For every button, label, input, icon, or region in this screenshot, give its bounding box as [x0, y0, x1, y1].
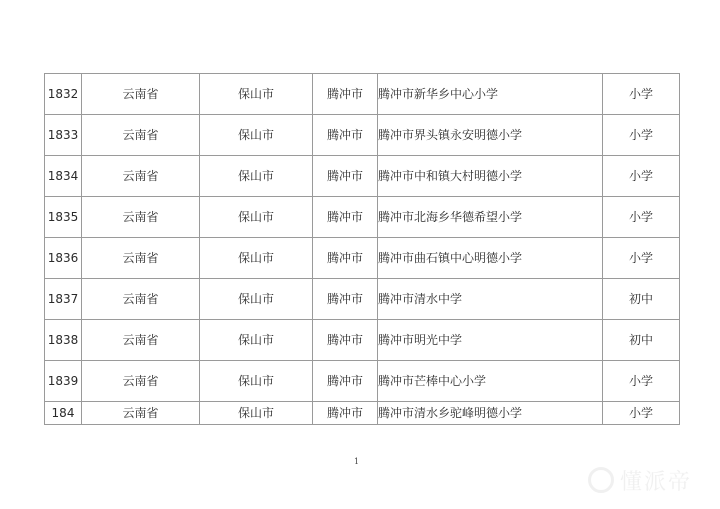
row-index: 184 [45, 402, 82, 425]
county-cell: 腾冲市 [313, 320, 378, 361]
city-cell: 保山市 [200, 361, 313, 402]
city-cell: 保山市 [200, 402, 313, 425]
school-type-cell: 初中 [603, 320, 680, 361]
province-cell: 云南省 [82, 74, 200, 115]
table-row: 184 云南省 保山市 腾冲市 腾冲市清水乡驼峰明德小学 小学 [45, 402, 680, 425]
county-cell: 腾冲市 [313, 238, 378, 279]
school-name-cell: 腾冲市新华乡中心小学 [378, 74, 603, 115]
watermark-circle-icon [588, 467, 614, 493]
document-page: 1832 云南省 保山市 腾冲市 腾冲市新华乡中心小学 小学 1833 云南省 … [0, 0, 720, 509]
table-row: 1836 云南省 保山市 腾冲市 腾冲市曲石镇中心明德小学 小学 [45, 238, 680, 279]
table-row: 1834 云南省 保山市 腾冲市 腾冲市中和镇大村明德小学 小学 [45, 156, 680, 197]
school-type-cell: 小学 [603, 115, 680, 156]
watermark-text: 懂派帝 [620, 465, 692, 496]
school-name-cell: 腾冲市明光中学 [378, 320, 603, 361]
school-type-cell: 初中 [603, 279, 680, 320]
county-cell: 腾冲市 [313, 197, 378, 238]
province-cell: 云南省 [82, 238, 200, 279]
row-index: 1834 [45, 156, 82, 197]
school-name-cell: 腾冲市曲石镇中心明德小学 [378, 238, 603, 279]
province-cell: 云南省 [82, 320, 200, 361]
row-index: 1838 [45, 320, 82, 361]
county-cell: 腾冲市 [313, 115, 378, 156]
row-index: 1836 [45, 238, 82, 279]
school-type-cell: 小学 [603, 197, 680, 238]
county-cell: 腾冲市 [313, 279, 378, 320]
row-index: 1837 [45, 279, 82, 320]
province-cell: 云南省 [82, 402, 200, 425]
county-cell: 腾冲市 [313, 156, 378, 197]
county-cell: 腾冲市 [313, 402, 378, 425]
school-name-cell: 腾冲市北海乡华德希望小学 [378, 197, 603, 238]
watermark-logo: 懂派帝 [588, 465, 714, 495]
county-cell: 腾冲市 [313, 361, 378, 402]
school-type-cell: 小学 [603, 238, 680, 279]
city-cell: 保山市 [200, 320, 313, 361]
city-cell: 保山市 [200, 197, 313, 238]
city-cell: 保山市 [200, 115, 313, 156]
school-type-cell: 小学 [603, 156, 680, 197]
school-list-table: 1832 云南省 保山市 腾冲市 腾冲市新华乡中心小学 小学 1833 云南省 … [44, 73, 680, 425]
city-cell: 保山市 [200, 74, 313, 115]
school-type-cell: 小学 [603, 361, 680, 402]
city-cell: 保山市 [200, 279, 313, 320]
page-number: 1 [354, 457, 359, 466]
province-cell: 云南省 [82, 197, 200, 238]
row-index: 1835 [45, 197, 82, 238]
province-cell: 云南省 [82, 361, 200, 402]
table-row: 1832 云南省 保山市 腾冲市 腾冲市新华乡中心小学 小学 [45, 74, 680, 115]
school-type-cell: 小学 [603, 402, 680, 425]
table-row: 1835 云南省 保山市 腾冲市 腾冲市北海乡华德希望小学 小学 [45, 197, 680, 238]
city-cell: 保山市 [200, 238, 313, 279]
school-name-cell: 腾冲市中和镇大村明德小学 [378, 156, 603, 197]
school-name-cell: 腾冲市芒棒中心小学 [378, 361, 603, 402]
province-cell: 云南省 [82, 115, 200, 156]
table-row: 1833 云南省 保山市 腾冲市 腾冲市界头镇永安明德小学 小学 [45, 115, 680, 156]
school-name-cell: 腾冲市清水中学 [378, 279, 603, 320]
county-cell: 腾冲市 [313, 74, 378, 115]
row-index: 1832 [45, 74, 82, 115]
school-name-cell: 腾冲市清水乡驼峰明德小学 [378, 402, 603, 425]
province-cell: 云南省 [82, 156, 200, 197]
province-cell: 云南省 [82, 279, 200, 320]
city-cell: 保山市 [200, 156, 313, 197]
table-row: 1839 云南省 保山市 腾冲市 腾冲市芒棒中心小学 小学 [45, 361, 680, 402]
school-type-cell: 小学 [603, 74, 680, 115]
row-index: 1833 [45, 115, 82, 156]
row-index: 1839 [45, 361, 82, 402]
table-row: 1837 云南省 保山市 腾冲市 腾冲市清水中学 初中 [45, 279, 680, 320]
school-name-cell: 腾冲市界头镇永安明德小学 [378, 115, 603, 156]
table-row: 1838 云南省 保山市 腾冲市 腾冲市明光中学 初中 [45, 320, 680, 361]
